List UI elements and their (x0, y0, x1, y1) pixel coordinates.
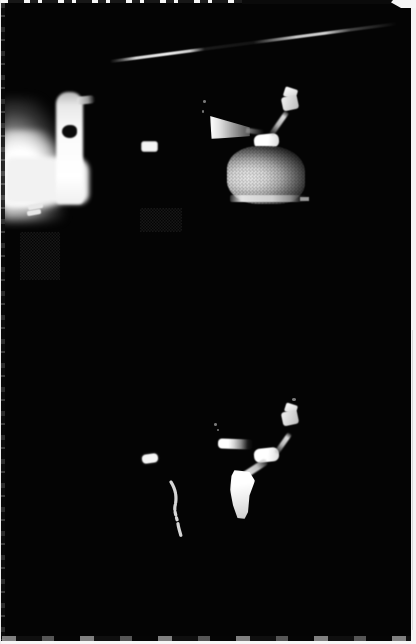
leg-patch (230, 470, 255, 519)
pillar-hole (62, 125, 77, 138)
lit-wedge (210, 115, 250, 139)
highlight-dash-mid (141, 141, 158, 152)
arm-streak-upper (269, 111, 289, 137)
grain-noise-left (20, 232, 60, 280)
table-edge (230, 195, 307, 202)
ceiling-streak (110, 22, 397, 63)
edge-top-black (242, 0, 394, 4)
highlight-dash-lower (141, 453, 158, 464)
highlight-dash-top (77, 95, 96, 105)
photo (0, 0, 416, 644)
curve-streak-svg (166, 480, 188, 538)
edge-top-dashes (8, 0, 244, 3)
speck-a (203, 100, 206, 103)
edge-left-strip (1, 3, 5, 640)
doorway-pillar (56, 92, 83, 204)
speck-c (214, 423, 217, 426)
scanned-page (0, 0, 416, 644)
grain-noise-mid (140, 208, 182, 232)
bar-lower (218, 438, 253, 449)
table-dash (300, 197, 309, 201)
hand-highlight-lower-b (281, 409, 300, 426)
speck-d (292, 398, 296, 401)
speck-b (202, 110, 204, 113)
margin-right-line (412, 330, 413, 630)
speck-e (217, 429, 219, 431)
edge-bottom-dashes (2, 636, 411, 641)
arm-streak-lower (274, 432, 292, 455)
hand-highlight-upper-b (281, 94, 300, 111)
curve-streak (166, 480, 188, 538)
